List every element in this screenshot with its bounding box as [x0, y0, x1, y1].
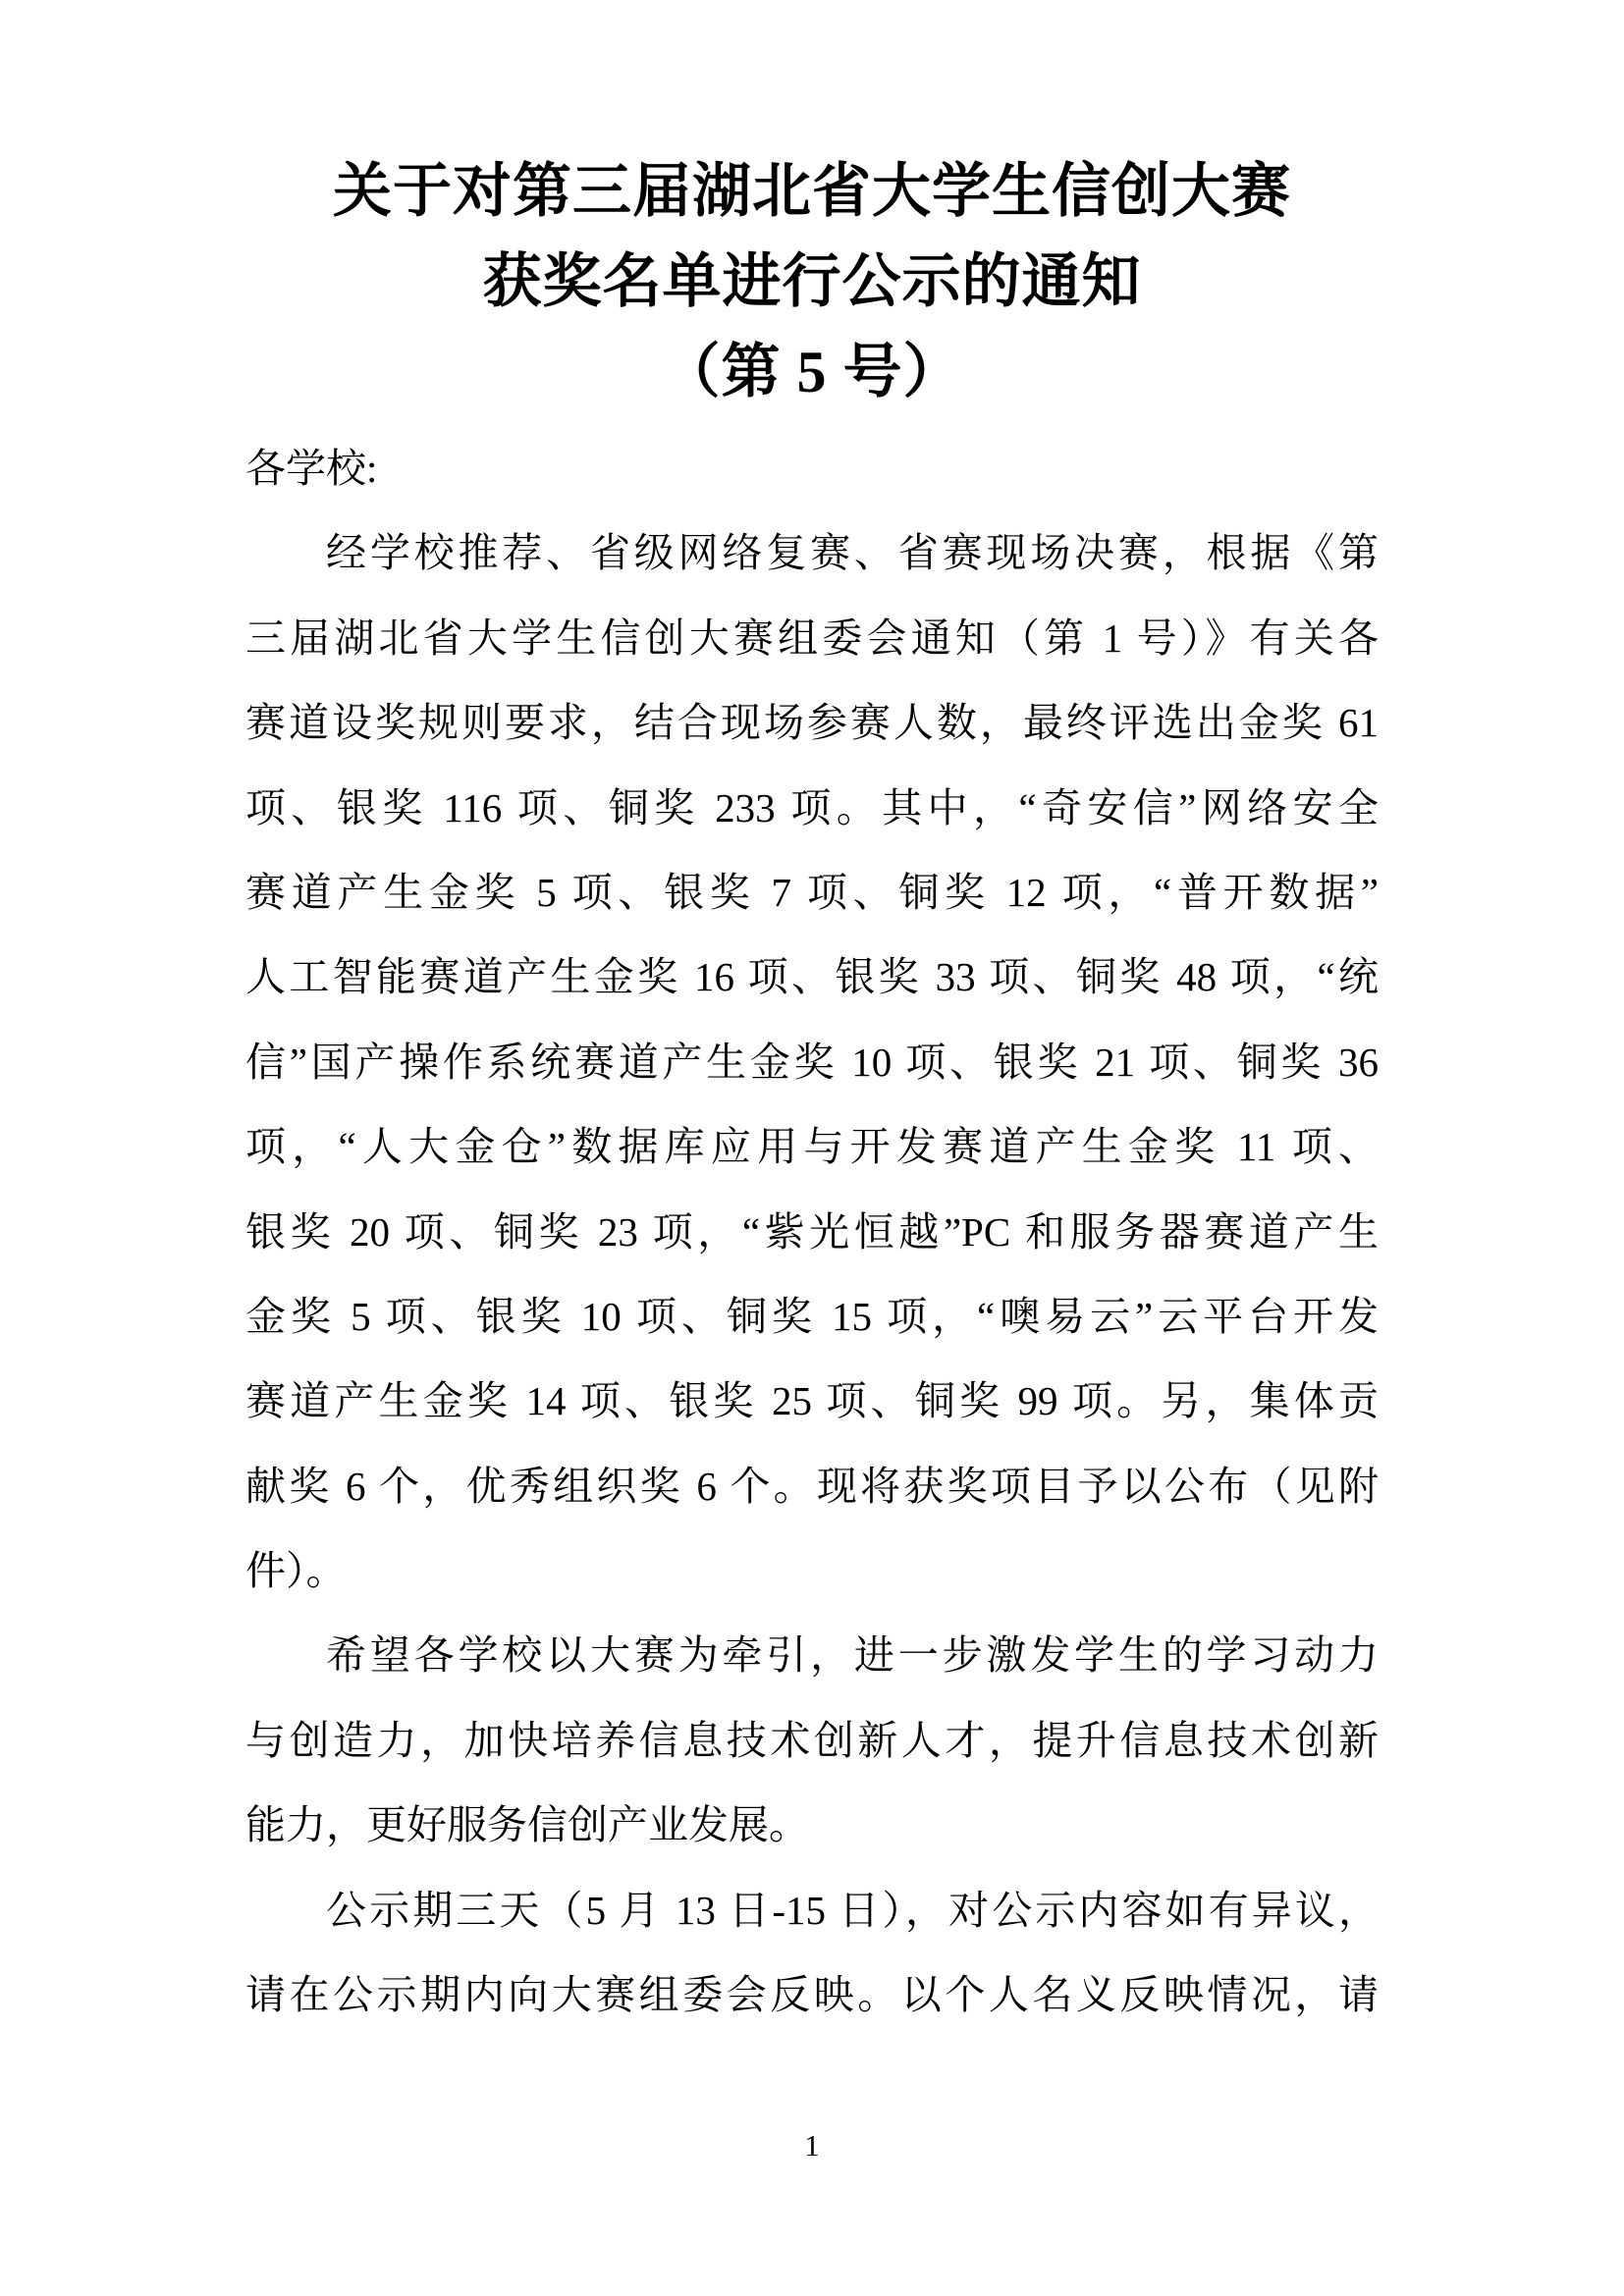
body-line: 金奖 5 项、银奖 10 项、铜奖 15 项，“噢易云”云平台开发	[245, 1274, 1379, 1359]
title-line-3: （第 5 号）	[0, 327, 1624, 417]
body-line: 公示期三天（5 月 13 日-15 日），对公示内容如有异议，	[245, 1868, 1379, 1952]
title-line-1: 关于对第三届湖北省大学生信创大赛	[0, 146, 1624, 237]
body-line: 献奖 6 个，优秀组织奖 6 个。现将获奖项目予以公布（见附	[245, 1444, 1379, 1528]
body-line: 人工智能赛道产生金奖 16 项、银奖 33 项、铜奖 48 项，“统	[245, 934, 1379, 1019]
document-title: 关于对第三届湖北省大学生信创大赛 获奖名单进行公示的通知 （第 5 号）	[0, 146, 1624, 417]
document-body: 各学校: 经学校推荐、省级网络复赛、省赛现场决赛，根据《第三届湖北省大学生信创大…	[245, 426, 1379, 2037]
body-line: 经学校推荐、省级网络复赛、省赛现场决赛，根据《第	[245, 510, 1379, 595]
body-line: 赛道设奖规则要求，结合现场参赛人数，最终评选出金奖 61	[245, 680, 1379, 765]
body-line: 与创造力，加快培养信息技术创新人才，提升信息技术创新	[245, 1698, 1379, 1783]
body-line: 希望各学校以大赛为牵引，进一步激发学生的学习动力	[245, 1613, 1379, 1697]
body-line: 赛道产生金奖 5 项、银奖 7 项、铜奖 12 项，“普开数据”	[245, 850, 1379, 934]
document-page: 关于对第三届湖北省大学生信创大赛 获奖名单进行公示的通知 （第 5 号） 各学校…	[0, 0, 1624, 2296]
body-line: 请在公示期内向大赛组委会反映。以个人名义反映情况，请	[245, 1952, 1379, 2037]
title-line-2: 获奖名单进行公示的通知	[0, 237, 1624, 327]
body-line: 三届湖北省大学生信创大赛组委会通知（第 1 号）》有关各	[245, 596, 1379, 680]
body-line: 能力，更好服务信创产业发展。	[245, 1783, 1379, 1867]
body-lines: 经学校推荐、省级网络复赛、省赛现场决赛，根据《第三届湖北省大学生信创大赛组委会通…	[245, 510, 1379, 2037]
body-line: 项、银奖 116 项、铜奖 233 项。其中，“奇安信”网络安全	[245, 766, 1379, 850]
body-line: 项，“人大金仓”数据库应用与开发赛道产生金奖 11 项、	[245, 1104, 1379, 1189]
page-number: 1	[0, 2126, 1624, 2165]
body-line: 银奖 20 项、铜奖 23 项，“紫光恒越”PC 和服务器赛道产生	[245, 1190, 1379, 1274]
salutation: 各学校:	[245, 426, 1379, 510]
body-line: 件）。	[245, 1528, 1379, 1613]
body-line: 信”国产操作系统赛道产生金奖 10 项、银奖 21 项、铜奖 36	[245, 1020, 1379, 1104]
body-line: 赛道产生金奖 14 项、银奖 25 项、铜奖 99 项。另，集体贡	[245, 1359, 1379, 1443]
